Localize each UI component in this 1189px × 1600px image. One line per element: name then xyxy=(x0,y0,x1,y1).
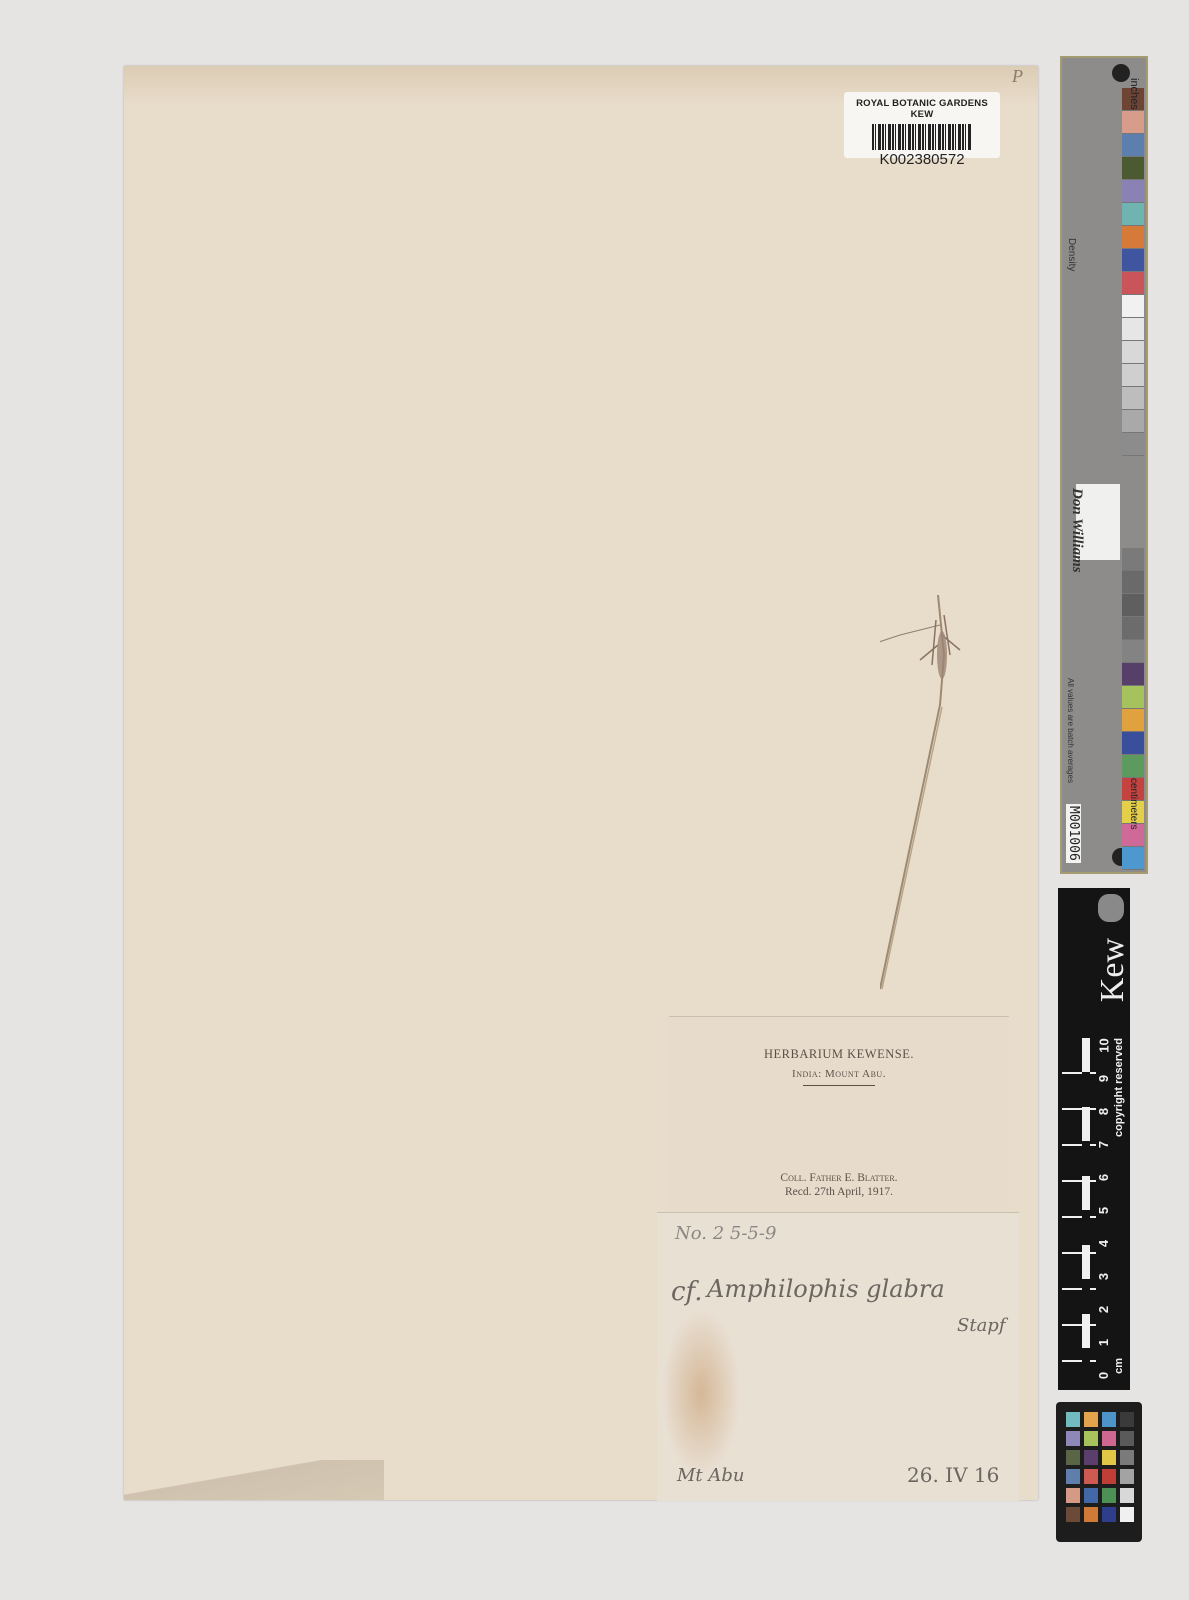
color-swatch xyxy=(1122,341,1144,364)
color-swatch xyxy=(1122,272,1144,295)
checker-patch xyxy=(1120,1450,1134,1465)
ruler-number: 1 xyxy=(1096,1339,1111,1346)
kew-cm-ruler: Kew 012345678910 copyright reserved cm xyxy=(1058,888,1130,1390)
ruler-number: 0 xyxy=(1096,1372,1111,1379)
ruler-ticks xyxy=(1062,1038,1096,1383)
taxon-author: Stapf xyxy=(957,1315,1005,1336)
color-swatch xyxy=(1122,732,1144,755)
ruler-number: 9 xyxy=(1096,1075,1111,1082)
color-swatch xyxy=(1122,847,1144,870)
color-swatch xyxy=(1122,226,1144,249)
checker-patch xyxy=(1120,1412,1134,1427)
color-swatch xyxy=(1122,318,1144,341)
density-label: Density xyxy=(1066,238,1077,271)
copyright-text: copyright reserved xyxy=(1113,1038,1125,1137)
checker-patch xyxy=(1084,1431,1098,1446)
label-divider xyxy=(803,1085,875,1086)
ruler-numbers: 012345678910 xyxy=(1096,1038,1112,1383)
ruler-number: 8 xyxy=(1096,1108,1111,1115)
unit-label: cm xyxy=(1113,1358,1125,1374)
checker-patch xyxy=(1120,1507,1134,1522)
grayscale-color-swatches xyxy=(1122,88,1144,870)
checker-patch xyxy=(1102,1469,1116,1484)
checker-patch xyxy=(1102,1507,1116,1522)
scale-footnote: All values are batch averages xyxy=(1066,678,1075,783)
color-swatch xyxy=(1122,709,1144,732)
checker-patch xyxy=(1120,1469,1134,1484)
color-swatch xyxy=(1122,617,1144,640)
color-swatch xyxy=(1122,755,1144,778)
label-title: HERBARIUM KEWENSE. xyxy=(669,1047,1009,1062)
label-collector: Coll. Father E. Blatter. xyxy=(669,1172,1009,1184)
checker-patch xyxy=(1066,1412,1080,1427)
color-swatch xyxy=(1122,203,1144,226)
taxon-name: Amphilophis glabra xyxy=(707,1275,945,1303)
color-swatch xyxy=(1122,364,1144,387)
ruler-number: 6 xyxy=(1096,1174,1111,1181)
ruler-number: 7 xyxy=(1096,1141,1111,1148)
handwritten-date: 26. IV 16 xyxy=(907,1463,999,1487)
checker-patch xyxy=(1066,1450,1080,1465)
checker-patch xyxy=(1084,1507,1098,1522)
checker-patch xyxy=(1066,1488,1080,1503)
label-locality: India: Mount Abu. xyxy=(669,1068,1009,1080)
color-checker-card xyxy=(1056,1402,1142,1542)
checker-patch xyxy=(1102,1431,1116,1446)
checker-patch xyxy=(1084,1469,1098,1484)
royal-crest-icon xyxy=(1098,894,1124,922)
color-swatch xyxy=(1122,548,1144,571)
color-swatch xyxy=(1122,571,1144,594)
collector-prefix: Coll. xyxy=(780,1172,806,1184)
checker-patch xyxy=(1084,1450,1098,1465)
inches-label: inches xyxy=(1128,78,1140,110)
color-swatch xyxy=(1122,410,1144,433)
checker-patch xyxy=(1102,1450,1116,1465)
ruler-number: 4 xyxy=(1096,1240,1111,1247)
label-received-date: Recd. 27th April, 1917. xyxy=(669,1186,1009,1198)
ruler-number: 5 xyxy=(1096,1207,1111,1214)
color-swatch xyxy=(1122,295,1144,318)
checker-patch xyxy=(1084,1412,1098,1427)
checker-patch xyxy=(1102,1488,1116,1503)
scale-id: M001006 xyxy=(1066,804,1081,863)
color-swatch xyxy=(1122,180,1144,203)
color-swatch xyxy=(1122,157,1144,180)
cf-mark: cf. xyxy=(671,1277,703,1307)
checker-patch xyxy=(1102,1412,1116,1427)
ruler-number: 3 xyxy=(1096,1273,1111,1280)
color-swatch xyxy=(1122,594,1144,617)
ruler-number: 2 xyxy=(1096,1306,1111,1313)
checker-patch xyxy=(1084,1488,1098,1503)
barcode-number: K002380572 xyxy=(844,151,1000,168)
checker-patch xyxy=(1066,1469,1080,1484)
color-swatch xyxy=(1122,111,1144,134)
collection-number: No. 2 5-5-9 xyxy=(675,1223,776,1244)
checker-patch xyxy=(1066,1431,1080,1446)
ruler-number: 10 xyxy=(1097,1038,1112,1052)
centimeters-label: centimeters xyxy=(1128,778,1139,830)
scale-brand: Don Williams xyxy=(1068,488,1085,573)
barcode-label: ROYAL BOTANIC GARDENS KEW K002380572 xyxy=(844,92,1000,158)
color-swatch xyxy=(1122,387,1144,410)
color-swatch xyxy=(1122,433,1144,456)
barcode-institution: ROYAL BOTANIC GARDENS KEW xyxy=(844,98,1000,120)
water-stain xyxy=(661,1308,741,1478)
color-swatch xyxy=(1122,134,1144,157)
barcode-icon xyxy=(872,124,972,150)
color-swatch xyxy=(1122,249,1144,272)
kew-logo: Kew xyxy=(1094,938,1132,1002)
ruler-stripe xyxy=(1082,1038,1090,1383)
sheet-corner-mark: P xyxy=(1012,66,1023,87)
checker-patch xyxy=(1120,1431,1134,1446)
collector-name: Father E. Blatter. xyxy=(809,1172,897,1184)
printed-herbarium-label: HERBARIUM KEWENSE. India: Mount Abu. Col… xyxy=(669,1016,1009,1212)
handwritten-locality: Mt Abu xyxy=(677,1465,745,1486)
color-swatch xyxy=(1122,663,1144,686)
checker-patch xyxy=(1066,1507,1080,1522)
handwritten-determination-label: No. 2 5-5-9 cf. Amphilophis glabra Stapf… xyxy=(657,1212,1019,1501)
color-swatch xyxy=(1122,686,1144,709)
color-scale-strip: inches Density Don Williams All values a… xyxy=(1060,56,1148,874)
checker-patch xyxy=(1120,1488,1134,1503)
color-checker-grid xyxy=(1066,1412,1134,1522)
grass-specimen xyxy=(880,595,980,990)
color-swatch xyxy=(1122,640,1144,663)
